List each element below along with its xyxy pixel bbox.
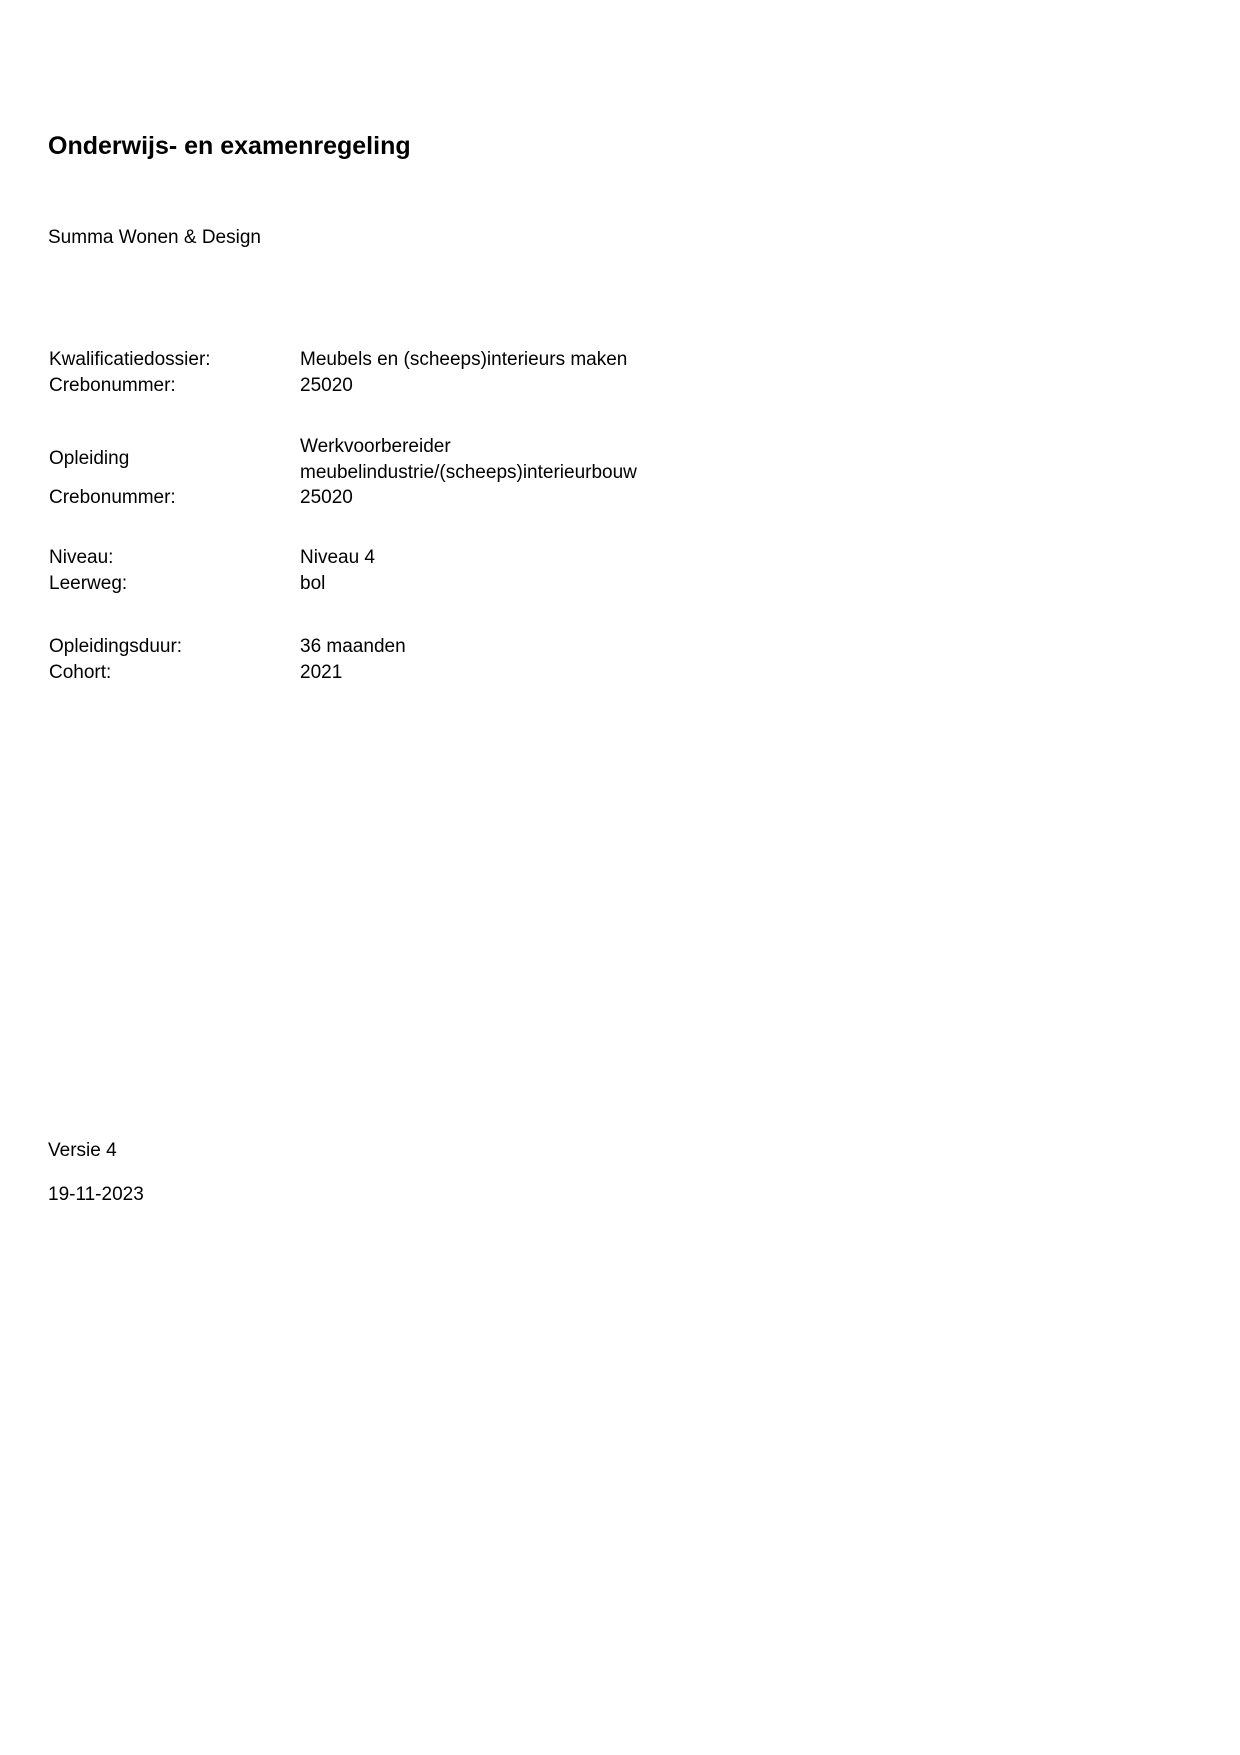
crebonummer-dossier-label: Crebonummer: <box>49 374 176 398</box>
crebonummer-opleiding-value: 25020 <box>300 486 353 510</box>
cohort-label: Cohort: <box>49 661 111 685</box>
crebonummer-dossier-value: 25020 <box>300 374 353 398</box>
kwalificatiedossier-label: Kwalificatiedossier: <box>49 348 211 372</box>
opleidingsduur-label: Opleidingsduur: <box>49 635 182 659</box>
niveau-value: Niveau 4 <box>300 546 375 570</box>
leerweg-label: Leerweg: <box>49 572 127 596</box>
cohort-value: 2021 <box>300 661 342 685</box>
opleiding-value-line2: meubelindustrie/(scheeps)interieurbouw <box>300 461 637 485</box>
document-date: 19-11-2023 <box>48 1183 144 1207</box>
crebonummer-opleiding-label: Crebonummer: <box>49 486 176 510</box>
opleiding-label: Opleiding <box>49 447 129 471</box>
opleidingsduur-value: 36 maanden <box>300 635 406 659</box>
document-title: Onderwijs- en examenregeling <box>48 131 411 161</box>
organization-name: Summa Wonen & Design <box>48 226 261 250</box>
leerweg-value: bol <box>300 572 325 596</box>
niveau-label: Niveau: <box>49 546 113 570</box>
kwalificatiedossier-value: Meubels en (scheeps)interieurs maken <box>300 348 627 372</box>
opleiding-value-line1: Werkvoorbereider <box>300 435 451 459</box>
version-label: Versie 4 <box>48 1139 117 1163</box>
